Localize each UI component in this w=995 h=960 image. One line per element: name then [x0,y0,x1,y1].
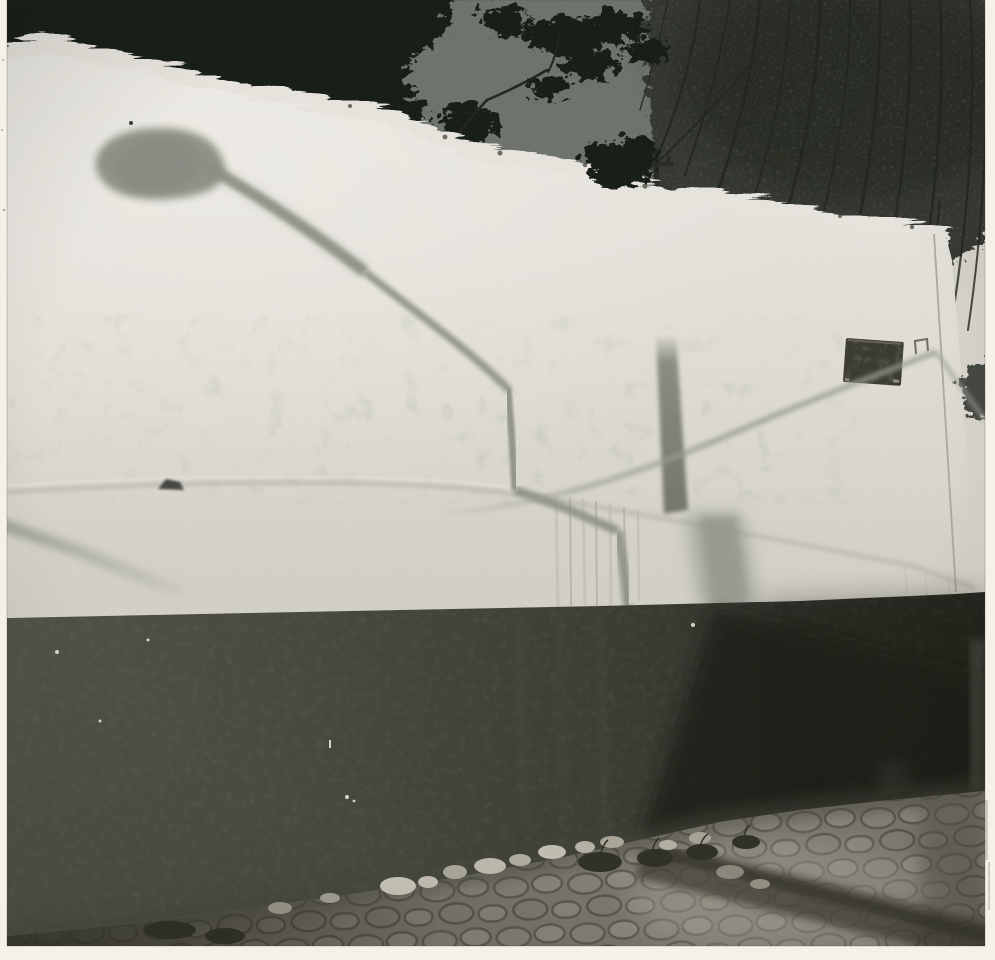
smudge [988,862,990,910]
photo-scan: Black-and-white photograph of a whitewas… [0,0,995,960]
photograph [0,0,995,960]
vignette [7,0,985,946]
smudge [985,800,988,860]
photo-image [0,0,995,955]
